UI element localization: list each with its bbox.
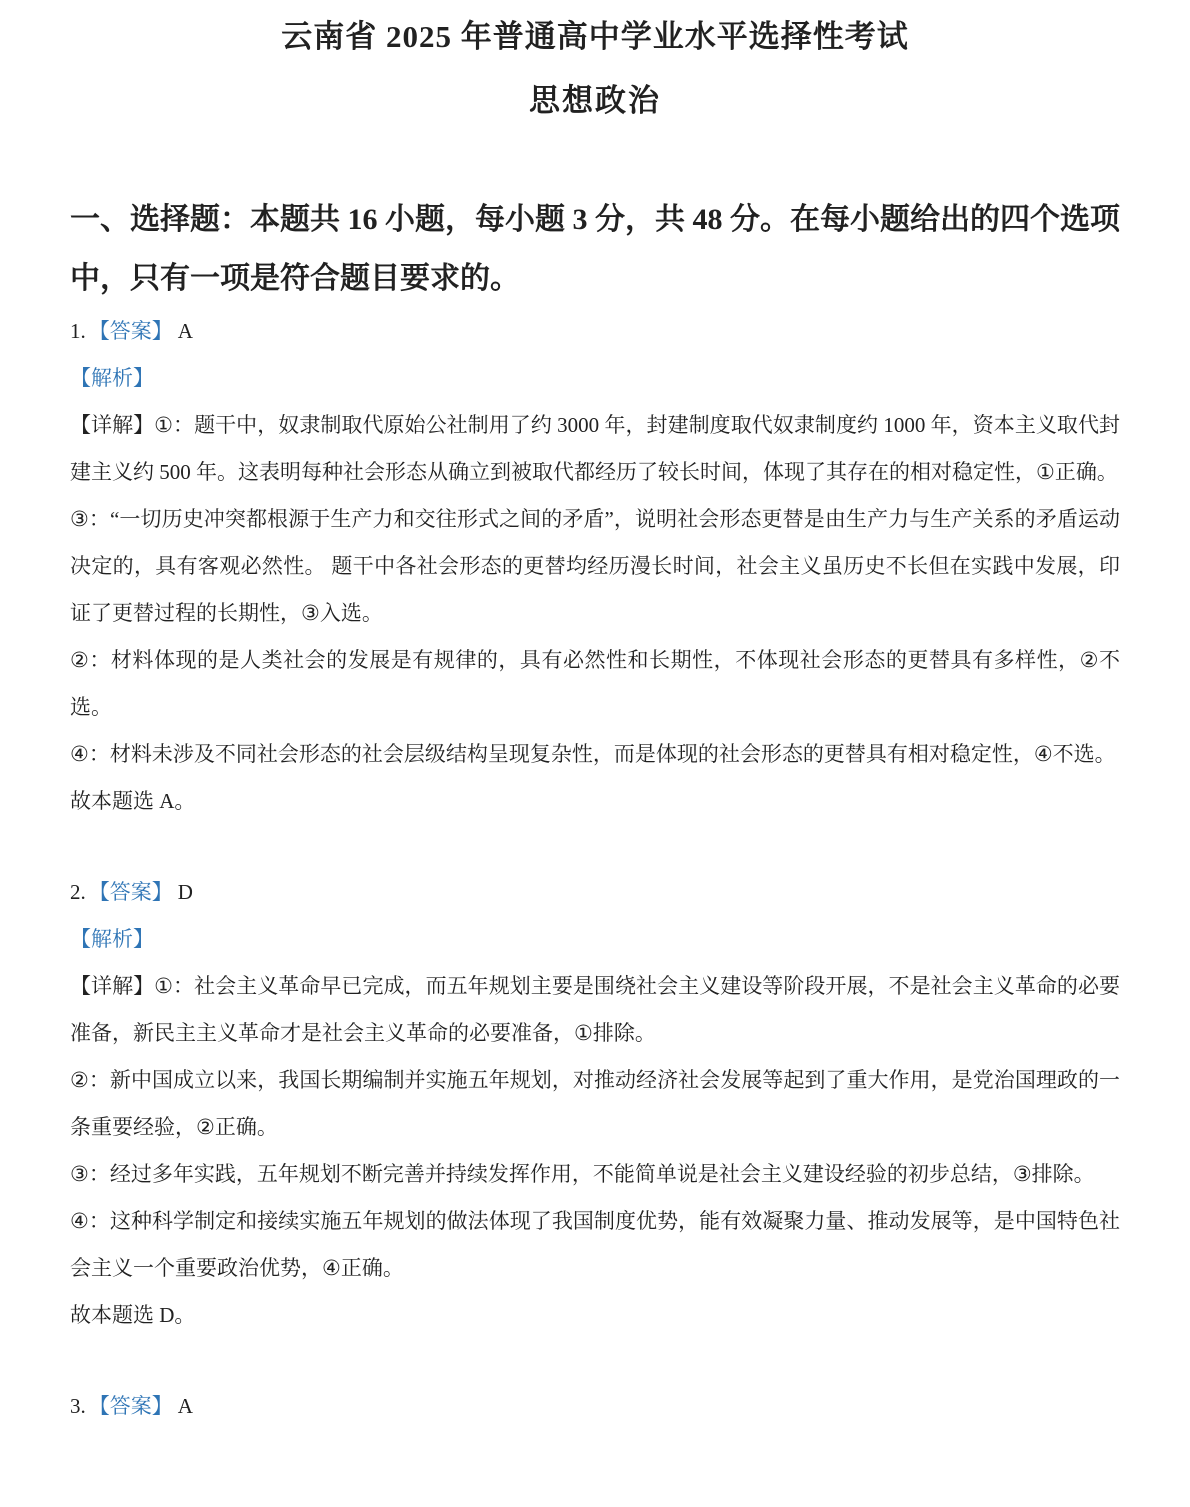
answer-line: 2.【答案】D <box>70 869 1120 916</box>
document-title: 云南省 2025 年普通高中学业水平选择性考试 <box>70 18 1120 56</box>
detail-paragraph: ②：新中国成立以来，我国长期编制并实施五年规划，对推动经济社会发展等起到了重大作… <box>70 1057 1120 1151</box>
answer-label: 【答案】 <box>89 319 173 343</box>
answer-label: 【答案】 <box>89 880 173 904</box>
detail-paragraph: ③：“一切历史冲突都根源于生产力和交往形式之间的矛盾”，说明社会形态更替是由生产… <box>70 496 1120 637</box>
analysis-label: 【解析】 <box>70 927 154 951</box>
document-subtitle: 思想政治 <box>70 82 1120 120</box>
conclusion-paragraph: 故本题选 D。 <box>70 1292 1120 1339</box>
detail-paragraph: 【详解】①：社会主义革命早已完成，而五年规划主要是围绕社会主义建设等阶段开展，不… <box>70 963 1120 1057</box>
questions-list: 1.【答案】A 【解析】 【详解】①：题干中，奴隶制取代原始公社制用了约 300… <box>70 308 1120 1430</box>
analysis-line: 【解析】 <box>70 916 1120 963</box>
answer-value: A <box>178 319 193 343</box>
detail-paragraph: ④：这种科学制定和接续实施五年规划的做法体现了我国制度优势，能有效凝聚力量、推动… <box>70 1198 1120 1292</box>
question-block-3: 3.【答案】A <box>70 1383 1120 1430</box>
detail-paragraph: 【详解】①：题干中，奴隶制取代原始公社制用了约 3000 年，封建制度取代奴隶制… <box>70 402 1120 496</box>
analysis-label: 【解析】 <box>70 366 154 390</box>
answer-value: A <box>178 1394 193 1418</box>
answer-line: 1.【答案】A <box>70 308 1120 355</box>
detail-paragraph: ②：材料体现的是人类社会的发展是有规律的，具有必然性和长期性，不体现社会形态的更… <box>70 637 1120 731</box>
detail-paragraph: ③：经过多年实践，五年规划不断完善并持续发挥作用，不能简单说是社会主义建设经验的… <box>70 1151 1120 1198</box>
answer-value: D <box>178 880 193 904</box>
answer-line: 3.【答案】A <box>70 1383 1120 1430</box>
question-block-1: 1.【答案】A 【解析】 【详解】①：题干中，奴隶制取代原始公社制用了约 300… <box>70 308 1120 825</box>
question-number: 3. <box>70 1394 86 1418</box>
document-page: 云南省 2025 年普通高中学业水平选择性考试 思想政治 一、选择题：本题共 1… <box>0 0 1190 1507</box>
conclusion-paragraph: 故本题选 A。 <box>70 778 1120 825</box>
detail-paragraph: ④：材料未涉及不同社会形态的社会层级结构呈现复杂性，而是体现的社会形态的更替具有… <box>70 731 1120 778</box>
answer-label: 【答案】 <box>89 1394 173 1418</box>
analysis-line: 【解析】 <box>70 355 1120 402</box>
question-number: 1. <box>70 319 86 343</box>
question-number: 2. <box>70 880 86 904</box>
question-block-2: 2.【答案】D 【解析】 【详解】①：社会主义革命早已完成，而五年规划主要是围绕… <box>70 869 1120 1339</box>
section-heading: 一、选择题：本题共 16 小题，每小题 3 分，共 48 分。在每小题给出的四个… <box>70 190 1120 308</box>
